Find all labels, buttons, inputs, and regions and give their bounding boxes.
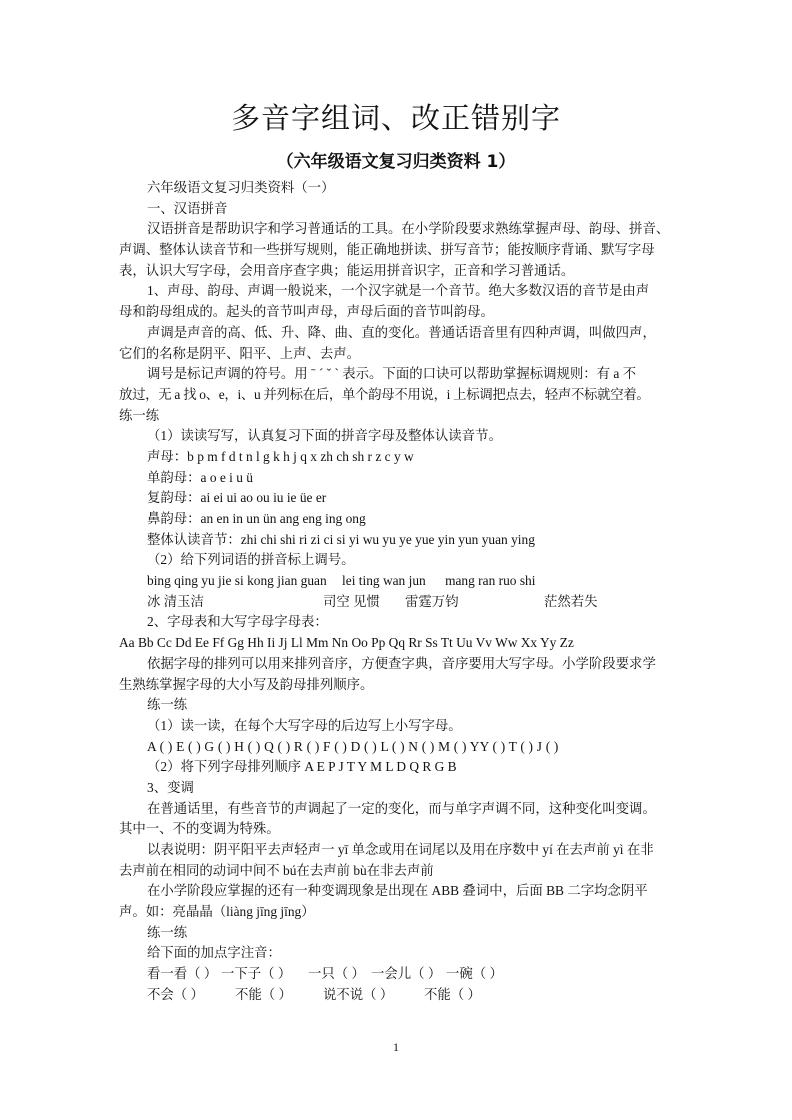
section1-heading: 一、汉语拼音 [119,199,675,220]
exercise-1-prompt: （1）读读写写，认真复习下面的拼音字母及整体认读音节。 [119,426,675,447]
annotation-item: 一会儿（ ） [371,964,441,985]
paragraph-line: 调号是标记声调的符号。用 ˉ ˊ ˇ ˋ 表示。下面的口诀可以帮助掌握标调规则：… [119,364,675,385]
exercise-1: （1）读读写写，认真复习下面的拼音字母及整体认读音节。 声母：b p m f d… [119,426,675,550]
paragraph-line: 放过，无 a 找 o、e，i、u 并列标在后，单个韵母不用说，i 上标调把点去，… [119,385,675,406]
intro-line: 汉语拼音是帮助识字和学习普通话的工具。在小学阶段要求熟练掌握声母、韵母、拼音、 [119,219,675,240]
dan-yunmu-list: 单韵母：a o e i u ü [119,468,675,489]
paragraph-line: 生熟练掌握字母的大小写及韵母排列顺序。 [119,675,675,696]
annotation-item: 一只（ ） [308,964,365,985]
pinyin-item: bing qing yu jie [147,573,231,588]
exercise-2: （2）给下列词语的拼音标上调号。 bing qing yu jie si kon… [119,550,675,612]
annotation-item: 说不说（ ） [323,985,393,1006]
paragraph-line: 依据字母的排列可以用来排列音序，方便查字典，音序要用大写字母。小学阶段要求学 [119,654,675,675]
practice-label: 练一练 [119,923,675,944]
paragraph-initials-finals: 1、声母、韵母、声调一般说来，一个汉字就是一个音节。绝大多数汉语的音节是由声 母… [119,281,675,322]
shengmu-list: 声母：b p m f d t n l g k h j q x zh ch sh … [119,447,675,468]
exercise-prompt: （2）将下列字母排列顺序 A E P J T Y M L D Q R G B [119,757,675,778]
annotation-item: 一碗（ ） [446,964,503,985]
section2-heading: 2、字母表和大写字母字母表： [119,612,675,633]
annotation-row: 不会（ ） 不能（ ） 说不说（ ） 不能（ ） [119,985,675,1006]
pinyin-item: si kong jian guan [235,573,327,588]
annotation-row: 看一看（ ） 一下子（ ） 一只（ ） 一会儿（ ） 一碗（ ） [119,964,675,985]
zhengti-list: 整体认读音节：zhi chi shi ri zi ci si yi wu yu … [119,530,675,551]
word-item: 茫然若失 [544,592,598,613]
annotation-item: 不会（ ） [147,985,204,1006]
paragraph-tones: 声调是声音的高、低、升、降、曲、直的变化。普通话语音里有四种声调，叫做四声， 它… [119,323,675,364]
paragraph-line: 它们的名称是阴平、阳平、上声、去声。 [119,344,675,365]
document-subtitle: （六年级语文复习归类资料 1） [0,147,792,172]
word-item: 司空 见惯 [323,592,380,613]
annotation-item: 看一看（ ） [147,964,217,985]
alphabet-list: Aa Bb Cc Dd Ee Ff Gg Hh Ii Jj Ll Mm Nn O… [119,633,675,654]
paragraph-line: 声。如：亮晶晶（liàng jīng jīng） [119,902,675,923]
paragraph-line: 在小学阶段应掌握的还有一种变调现象是出现在 ABB 叠词中，后面 BB 二字均念… [119,881,675,902]
annotation-item: 一下子（ ） [221,964,291,985]
paragraph-line: 去声前在相同的动词中间不 bú在去声前 bù在非去声前 [119,861,675,882]
annotation-item: 不能（ ） [235,985,292,1006]
exercise-2-prompt: （2）给下列词语的拼音标上调号。 [119,550,675,571]
bi-yunmu-list: 鼻韵母：an en in un ün ang eng ing ong [119,509,675,530]
fu-yunmu-list: 复韵母：ai ei ui ao ou iu ie üe er [119,488,675,509]
pinyin-row: bing qing yu jie si kong jian guan lei t… [119,571,675,592]
word-item: 雷霆万钧 [405,592,459,613]
annotation-item: 不能（ ） [424,985,481,1006]
series-heading: 六年级语文复习归类资料（一） [119,178,675,199]
intro-line: 声调、整体认读音节和一些拼写规则，能正确地拼读、拼写音节；能按顺序背诵、默写字母 [119,240,675,261]
paragraph-line: 其中一、不的变调为特殊。 [119,819,675,840]
document-page: 多音字组词、改正错别字 （六年级语文复习归类资料 1） 六年级语文复习归类资料（… [0,0,792,1120]
letter-blanks: A ( ) E ( ) G ( ) H ( ) Q ( ) R ( ) F ( … [119,737,675,758]
exercise-prompt: （1）读一读，在每个大写字母的后边写上小写字母。 [119,716,675,737]
page-number: 1 [0,1040,792,1055]
paragraph-tone-marks: 调号是标记声调的符号。用 ˉ ˊ ˇ ˋ 表示。下面的口诀可以帮助掌握标调规则：… [119,364,675,405]
paragraph-line: 以表说明：阴平阳平去声轻声一 yī 单念或用在词尾以及用在序数中 yí 在去声前… [119,840,675,861]
section-2: 2、字母表和大写字母字母表： Aa Bb Cc Dd Ee Ff Gg Hh I… [119,612,675,778]
paragraph-line: 1、声母、韵母、声调一般说来，一个汉字就是一个音节。绝大多数汉语的音节是由声 [119,281,675,302]
practice-label: 练一练 [119,695,675,716]
intro-paragraph: 汉语拼音是帮助识字和学习普通话的工具。在小学阶段要求熟练掌握声母、韵母、拼音、 … [119,219,675,281]
pinyin-item: lei ting wan jun [342,573,426,588]
section3-heading: 3、变调 [119,778,675,799]
document-title: 多音字组词、改正错别字 [0,96,792,137]
words-row: 冰 清玉洁 司空 见惯 雷霆万钧 茫然若失 [119,592,675,613]
pinyin-item: mang ran ruo shi [445,573,535,588]
exercise-prompt: 给下面的加点字注音： [119,943,675,964]
paragraph-line: 母和韵母组成的。起头的音节叫声母，声母后面的音节叫韵母。 [119,302,675,323]
word-item: 冰 清玉洁 [147,592,204,613]
practice-label: 练一练 [119,406,675,427]
intro-line: 表，认识大写字母，会用音序查字典；能运用拼音识字，正音和学习普通话。 [119,261,675,282]
section-3: 3、变调 在普通话里，有些音节的声调起了一定的变化，而与单字声调不同，这种变化叫… [119,778,675,1006]
paragraph-line: 声调是声音的高、低、升、降、曲、直的变化。普通话语音里有四种声调，叫做四声， [119,323,675,344]
document-body: 六年级语文复习归类资料（一） 一、汉语拼音 汉语拼音是帮助识字和学习普通话的工具… [119,178,675,1006]
paragraph-line: 在普通话里，有些音节的声调起了一定的变化，而与单字声调不同，这种变化叫变调。 [119,799,675,820]
